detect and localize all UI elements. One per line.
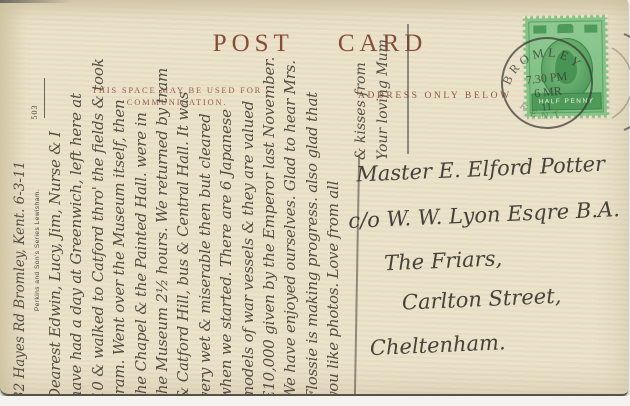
postmark-date: 6 MR [533,84,562,101]
message-line: when we started. There are 6 Japanese [216,10,237,400]
cancel-arc-inner [612,48,630,118]
second-cancel-arc [598,28,630,138]
message-line: Flossie is making progress. also glad th… [302,10,323,400]
message-line: tram. Went over the Museum itself, then [109,10,130,400]
message-line: £10,000 given by the Emperor last Novemb… [259,10,280,400]
scanned-postcard: POST CARD THIS SPACE MAY BE USED FOR COM… [0,0,630,406]
message-closing: & kisses from Your loving Mum. [350,10,394,160]
message-line: 10 & walked to Catford thro' the fields … [88,10,109,400]
closing-line: & kisses from [350,10,372,160]
message-line: models of war vessels & they are valued [238,10,259,400]
care-of-line: c/o W. W. Lyon Esqre B.A. [348,192,622,238]
message-line: & Catford Hill, bus & Central Hall. It w… [173,10,194,400]
message-line: you like photos. Love from all [323,10,344,400]
message-line: the Museum 2½ hours. We returned by tram [152,10,173,400]
printed-divider-upper [407,24,409,154]
bromley-postmark: BROMLEY 7.30 PM 6 MR 11 KENT [487,23,608,144]
recipient-address: Master E. Elford Potter c/o W. W. Lyon E… [344,146,628,366]
message-line: the Chapel & the Painted Hall. were in [131,10,152,400]
recipient-name: Master E. Elford Potter [356,146,620,191]
scan-edge-shadow [0,0,72,3]
handwritten-message: Dearest Edwin, Lucy, Jim, Nurse & I have… [45,10,345,400]
scanner-background [0,396,630,406]
postcard-back: POST CARD THIS SPACE MAY BE USED FOR COM… [0,0,628,396]
street-line: Carlton Street, [401,276,625,320]
message-line: Dearest Edwin, Lucy, Jim, Nurse & I [45,10,66,400]
closing-line: Your loving Mum. [372,10,394,160]
message-line: very wet & miserable then but cleared [195,10,216,400]
town-line: Cheltenham. [369,320,627,365]
sender-address-date: 32 Hayes Rd Bromley, Kent. 6-3-11 [12,30,32,400]
cancel-arc [624,34,630,130]
message-line: We have enjoyed ourselves. Glad to hear … [280,10,301,400]
house-line: The Friars, [383,236,623,280]
message-line: have had a day at Greenwich, left here a… [66,10,87,400]
